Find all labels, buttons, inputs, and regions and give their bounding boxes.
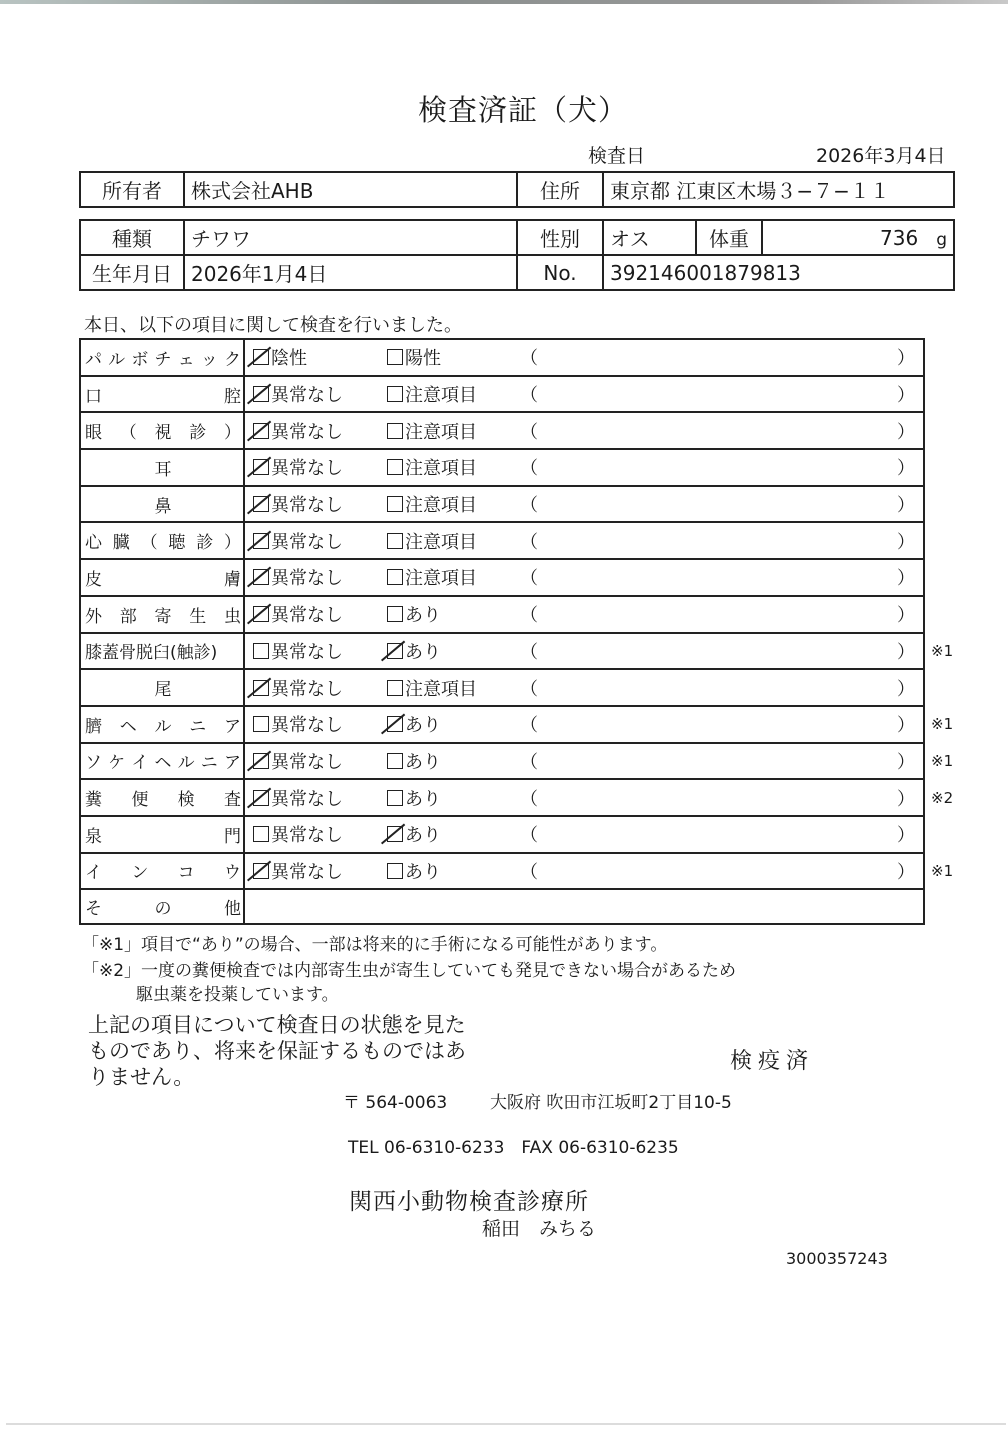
remarks-close-paren: ） <box>897 381 915 407</box>
label-char: ソ <box>85 748 102 773</box>
checklist-row: その他 <box>79 888 925 925</box>
option-label: あり <box>405 638 441 664</box>
checked-checkbox-icon[interactable] <box>253 349 269 365</box>
remarks-open-paren: （ <box>520 491 538 517</box>
label-char: イ <box>131 748 148 773</box>
checkbox-icon[interactable] <box>387 680 403 696</box>
label-char: 耳 <box>155 455 172 480</box>
option-label: 注意項目 <box>405 491 477 517</box>
option-label: あり <box>405 748 441 774</box>
footnote-1: 「※1」項目で“あり”の場合、一部は将来的に手術になる可能性があります。 <box>82 930 667 955</box>
option-label: 異常なし <box>271 528 343 554</box>
label-char: 臓 <box>113 528 130 553</box>
option-label: 異常なし <box>271 748 343 774</box>
remarks-close-paren: ） <box>897 601 915 627</box>
option-normal[interactable]: 異常なし <box>253 821 343 847</box>
option-label: あり <box>405 858 441 884</box>
remarks-open-paren: （ <box>520 638 538 664</box>
checked-checkbox-icon[interactable] <box>253 533 269 549</box>
checked-checkbox-icon[interactable] <box>253 863 269 879</box>
checkbox-icon[interactable] <box>253 643 269 659</box>
weight-cell: 736g <box>762 220 954 255</box>
option-abnormal[interactable]: あり <box>387 785 441 811</box>
checklist-item-label: 泉門 <box>79 817 245 852</box>
remarks-close-paren: ） <box>897 418 915 444</box>
label-char: 泉 <box>85 822 102 847</box>
checklist-row: パルボチェック陰性陽性（） <box>79 338 925 375</box>
breed-value: チワワ <box>184 220 517 255</box>
option-abnormal[interactable]: 注意項目 <box>387 491 477 517</box>
option-label: 異常なし <box>271 564 343 590</box>
label-char: 外 <box>85 602 102 627</box>
option-normal[interactable]: 異常なし <box>253 711 343 737</box>
option-abnormal[interactable]: 注意項目 <box>387 454 477 480</box>
option-label: 異常なし <box>271 821 343 847</box>
remarks-open-paren: （ <box>520 344 538 370</box>
checklist-options: 異常なし注意項目（） <box>245 560 925 595</box>
label-char: 診 <box>189 418 206 443</box>
remarks-close-paren: ） <box>897 638 915 664</box>
weight-unit: g <box>936 230 947 250</box>
checked-checkbox-icon[interactable] <box>253 790 269 806</box>
footnote-mark: ※1 <box>931 752 953 770</box>
checked-checkbox-icon[interactable] <box>387 643 403 659</box>
checklist-options: 異常なし注意項目（） <box>245 377 925 412</box>
remarks-close-paren: ） <box>897 491 915 517</box>
checklist-row: 尾異常なし注意項目（） <box>79 668 925 705</box>
remarks-close-paren: ） <box>897 821 915 847</box>
checklist-row: 心臓（聴診）異常なし注意項目（） <box>79 521 925 558</box>
label-char: ル <box>178 748 195 773</box>
label-char: 部 <box>120 602 137 627</box>
label-char: 口 <box>85 382 102 407</box>
checkbox-icon[interactable] <box>253 826 269 842</box>
checklist-row: インコウ異常なしあり（）※1 <box>79 852 925 889</box>
option-label: あり <box>405 821 441 847</box>
checklist-item-label: 外部寄生虫 <box>79 597 245 632</box>
remarks-close-paren: ） <box>897 711 915 737</box>
checklist-row: 糞便検査異常なしあり（）※2 <box>79 778 925 815</box>
label-char: 査 <box>224 785 241 810</box>
option-abnormal[interactable]: あり <box>387 711 441 737</box>
label-char: 検 <box>178 785 195 810</box>
checklist-item-label: 糞便検査 <box>79 780 245 815</box>
checklist-options <box>245 890 925 923</box>
label-char: ン <box>131 858 148 883</box>
label-char: ケ <box>108 748 125 773</box>
footnote-2: 「※2」一度の糞便検査では内部寄生虫が寄生していても発見できない場合があるため <box>82 956 736 981</box>
option-label: 異常なし <box>271 381 343 407</box>
label-char: 腔 <box>224 382 241 407</box>
clinic-address: 大阪府 吹田市江坂町2丁目10-5 <box>490 1088 732 1113</box>
inspection-checklist: パルボチェック陰性陽性（）口腔異常なし注意項目（）眼（視診）異常なし注意項目（）… <box>79 338 925 925</box>
checklist-item-label: 尾 <box>79 670 245 705</box>
checklist-item-label: 耳 <box>79 450 245 485</box>
checked-checkbox-icon[interactable] <box>253 753 269 769</box>
owner-value: 株式会社AHB <box>184 172 517 207</box>
checked-checkbox-icon[interactable] <box>387 716 403 732</box>
checklist-item-label: 膝蓋骨脱臼(触診) <box>79 634 245 669</box>
label-char: ェ <box>178 345 195 370</box>
footnote-mark: ※2 <box>931 789 953 807</box>
option-label: あり <box>405 601 441 627</box>
label-char: ル <box>155 712 172 737</box>
option-label: 異常なし <box>271 785 343 811</box>
checklist-item-label: 心臓（聴診） <box>79 523 245 558</box>
label-char: 寄 <box>155 602 172 627</box>
remarks-open-paren: （ <box>520 748 538 774</box>
remarks-open-paren: （ <box>520 785 538 811</box>
animal-table: 種類 チワワ 性別 オス 体重 736g 生年月日 2026年1月4日 No. … <box>79 219 955 291</box>
checklist-item-label: 鼻 <box>79 487 245 522</box>
option-abnormal[interactable]: 注意項目 <box>387 528 477 554</box>
option-label: 異常なし <box>271 675 343 701</box>
option-label: 異常なし <box>271 711 343 737</box>
option-abnormal[interactable]: あり <box>387 638 441 664</box>
option-normal[interactable]: 異常なし <box>253 491 343 517</box>
option-normal[interactable]: 陰性 <box>253 344 307 370</box>
checkbox-icon[interactable] <box>387 863 403 879</box>
checklist-item-label: ソケイヘルニア <box>79 744 245 779</box>
owner-table: 所有者 株式会社AHB 住所 東京都 江東区木場３−７−１１ <box>79 171 955 208</box>
label-char: 鼻 <box>155 492 172 517</box>
checkbox-icon[interactable] <box>387 496 403 512</box>
scan-edge-bottom <box>6 1423 1006 1425</box>
option-normal[interactable]: 異常なし <box>253 675 343 701</box>
remarks-open-paren: （ <box>520 564 538 590</box>
checklist-row: 臍ヘルニア異常なしあり（）※1 <box>79 705 925 742</box>
checkbox-icon[interactable] <box>387 423 403 439</box>
checklist-item-label: インコウ <box>79 854 245 889</box>
label-char: 膝蓋骨脱臼(触診) <box>85 638 217 663</box>
checked-checkbox-icon[interactable] <box>253 496 269 512</box>
label-char: 眼 <box>85 418 102 443</box>
checklist-row: 鼻異常なし注意項目（） <box>79 485 925 522</box>
checked-checkbox-icon[interactable] <box>253 423 269 439</box>
checkbox-icon[interactable] <box>387 606 403 622</box>
remarks-open-paren: （ <box>520 821 538 847</box>
intro-text: 本日、以下の項目に関して検査を行いました。 <box>84 311 462 337</box>
option-abnormal[interactable]: 注意項目 <box>387 381 477 407</box>
checklist-options: 異常なし注意項目（） <box>245 413 925 448</box>
option-label: 注意項目 <box>405 564 477 590</box>
label-char: 心 <box>85 528 102 553</box>
checklist-item-label: パルボチェック <box>79 340 245 375</box>
remarks-close-paren: ） <box>897 858 915 884</box>
label-char: イ <box>85 858 102 883</box>
remarks-close-paren: ） <box>897 748 915 774</box>
remarks-close-paren: ） <box>897 344 915 370</box>
checkbox-icon[interactable] <box>387 386 403 402</box>
label-char: ル <box>108 345 125 370</box>
checklist-options: 異常なし注意項目（） <box>245 487 925 522</box>
label-char: 便 <box>131 785 148 810</box>
footnote-mark: ※1 <box>931 642 953 660</box>
option-label: 異常なし <box>271 858 343 884</box>
label-char: 視 <box>155 418 172 443</box>
option-normal[interactable]: 異常なし <box>253 454 343 480</box>
label-char: ア <box>224 712 241 737</box>
address-label: 住所 <box>517 172 603 207</box>
serial-number: 3000357243 <box>786 1249 888 1268</box>
option-label: 注意項目 <box>405 675 477 701</box>
label-char: チ <box>154 345 171 370</box>
remarks-open-paren: （ <box>520 675 538 701</box>
option-label: 陰性 <box>271 344 307 370</box>
no-label: No. <box>517 255 603 290</box>
label-char: 門 <box>224 822 241 847</box>
label-char: ニ <box>189 712 206 737</box>
label-char: ） <box>224 528 241 553</box>
checklist-options: 異常なしあり（） <box>245 780 925 815</box>
option-label: あり <box>405 711 441 737</box>
option-abnormal[interactable]: 注意項目 <box>387 675 477 701</box>
checkbox-icon[interactable] <box>387 753 403 769</box>
inspection-date: 2026年3月4日 <box>816 141 946 168</box>
checklist-row: 口腔異常なし注意項目（） <box>79 375 925 412</box>
remarks-open-paren: （ <box>520 711 538 737</box>
option-label: 異常なし <box>271 601 343 627</box>
birth-value: 2026年1月4日 <box>184 255 517 290</box>
option-normal[interactable]: 異常なし <box>253 858 343 884</box>
label-char: 皮 <box>85 565 102 590</box>
label-char: ヘ <box>154 748 171 773</box>
option-label: 異常なし <box>271 454 343 480</box>
option-label: 陽性 <box>405 344 441 370</box>
option-abnormal[interactable]: 陽性 <box>387 344 441 370</box>
checklist-options: 異常なし注意項目（） <box>245 523 925 558</box>
option-normal[interactable]: 異常なし <box>253 748 343 774</box>
birth-label: 生年月日 <box>80 255 184 290</box>
remarks-close-paren: ） <box>897 675 915 701</box>
label-char: の <box>155 894 172 919</box>
breed-label: 種類 <box>80 220 184 255</box>
option-normal[interactable]: 異常なし <box>253 381 343 407</box>
checked-checkbox-icon[interactable] <box>253 569 269 585</box>
remarks-open-paren: （ <box>520 454 538 480</box>
option-abnormal[interactable]: あり <box>387 858 441 884</box>
remarks-close-paren: ） <box>897 528 915 554</box>
label-char: 尾 <box>155 675 172 700</box>
checklist-row: 眼（視診）異常なし注意項目（） <box>79 411 925 448</box>
disclaimer: 上記の項目について検査日の状態を見たものであり、将来を保証するものではありません… <box>88 1012 468 1090</box>
remarks-close-paren: ） <box>897 564 915 590</box>
label-char: 他 <box>224 894 241 919</box>
checkbox-icon[interactable] <box>387 790 403 806</box>
label-char: 聴 <box>168 528 185 553</box>
checklist-item-label: 口腔 <box>79 377 245 412</box>
option-normal[interactable]: 異常なし <box>253 785 343 811</box>
label-char: ボ <box>131 345 148 370</box>
clinic-tel-fax: TEL 06-6310-6233 FAX 06-6310-6235 <box>348 1133 679 1158</box>
option-normal[interactable]: 異常なし <box>253 564 343 590</box>
sex-value: オス <box>603 220 696 255</box>
checklist-item-label: その他 <box>79 890 245 923</box>
checklist-options: 異常なしあり（） <box>245 707 925 742</box>
checked-checkbox-icon[interactable] <box>387 826 403 842</box>
checkbox-icon[interactable] <box>387 533 403 549</box>
label-char: ク <box>224 345 241 370</box>
weight-value: 736 <box>880 226 918 250</box>
option-label: 異常なし <box>271 418 343 444</box>
footnote-2-continued: 駆虫薬を投薬しています。 <box>136 980 339 1005</box>
option-normal[interactable]: 異常なし <box>253 528 343 554</box>
address-value: 東京都 江東区木場３−７−１１ <box>603 172 954 207</box>
checkbox-icon[interactable] <box>387 459 403 475</box>
remarks-open-paren: （ <box>520 528 538 554</box>
checklist-options: 異常なし注意項目（） <box>245 670 925 705</box>
option-abnormal[interactable]: 注意項目 <box>387 418 477 444</box>
no-value: 392146001879813 <box>603 255 954 290</box>
scan-edge-top <box>0 0 1008 4</box>
owner-label: 所有者 <box>80 172 184 207</box>
label-char: 虫 <box>224 602 241 627</box>
label-char: 生 <box>189 602 206 627</box>
option-label: 注意項目 <box>405 381 477 407</box>
checklist-item-label: 臍ヘルニア <box>79 707 245 742</box>
label-char: （ <box>141 528 158 553</box>
clinic-name: 関西小動物検査診療所 <box>349 1183 589 1216</box>
label-char: パ <box>85 345 102 370</box>
label-char: そ <box>85 894 102 919</box>
checked-checkbox-icon[interactable] <box>253 386 269 402</box>
label-char: 膚 <box>224 565 241 590</box>
checklist-row: 外部寄生虫異常なしあり（） <box>79 595 925 632</box>
label-char: ヘ <box>120 712 137 737</box>
checklist-item-label: 眼（視診） <box>79 413 245 448</box>
label-char: ） <box>224 418 241 443</box>
footnote-mark: ※1 <box>931 715 953 733</box>
option-label: 注意項目 <box>405 418 477 444</box>
checklist-row: 泉門異常なしあり（） <box>79 815 925 852</box>
checklist-row: 膝蓋骨脱臼(触診)異常なしあり（）※1 <box>79 632 925 669</box>
checklist-options: 異常なしあり（） <box>245 634 925 669</box>
label-char: 診 <box>196 528 213 553</box>
checkbox-icon[interactable] <box>387 349 403 365</box>
weight-label: 体重 <box>696 220 762 255</box>
option-label: あり <box>405 785 441 811</box>
remarks-close-paren: ） <box>897 454 915 480</box>
checklist-options: 異常なし注意項目（） <box>245 450 925 485</box>
option-label: 異常なし <box>271 638 343 664</box>
checked-checkbox-icon[interactable] <box>253 459 269 475</box>
checklist-options: 異常なしあり（） <box>245 817 925 852</box>
option-normal[interactable]: 異常なし <box>253 418 343 444</box>
checklist-row: 皮膚異常なし注意項目（） <box>79 558 925 595</box>
checklist-options: 異常なしあり（） <box>245 597 925 632</box>
option-label: 注意項目 <box>405 454 477 480</box>
label-char: 臍 <box>85 712 102 737</box>
option-label: 注意項目 <box>405 528 477 554</box>
footnote-mark: ※1 <box>931 862 953 880</box>
checkbox-icon[interactable] <box>253 716 269 732</box>
remarks-open-paren: （ <box>520 858 538 884</box>
clinic-postal-code: 〒 564-0063 <box>343 1088 447 1113</box>
doctor-name: 稲田 みちる <box>482 1214 596 1241</box>
option-abnormal[interactable]: あり <box>387 748 441 774</box>
option-abnormal[interactable]: あり <box>387 601 441 627</box>
checked-checkbox-icon[interactable] <box>253 606 269 622</box>
checklist-item-label: 皮膚 <box>79 560 245 595</box>
option-normal[interactable]: 異常なし <box>253 601 343 627</box>
checklist-row: 耳異常なし注意項目（） <box>79 448 925 485</box>
remarks-open-paren: （ <box>520 418 538 444</box>
option-normal[interactable]: 異常なし <box>253 638 343 664</box>
option-abnormal[interactable]: あり <box>387 821 441 847</box>
label-char: 糞 <box>85 785 102 810</box>
option-label: 異常なし <box>271 491 343 517</box>
checklist-row: ソケイヘルニア異常なしあり（）※1 <box>79 742 925 779</box>
checklist-options: 異常なしあり（） <box>245 854 925 889</box>
option-abnormal[interactable]: 注意項目 <box>387 564 477 590</box>
label-char: ニ <box>201 748 218 773</box>
remarks-close-paren: ） <box>897 785 915 811</box>
checked-checkbox-icon[interactable] <box>253 680 269 696</box>
checklist-options: 陰性陽性（） <box>245 340 925 375</box>
checklist-options: 異常なしあり（） <box>245 744 925 779</box>
label-char: ッ <box>201 345 218 370</box>
inspection-date-label: 検査日 <box>588 141 645 168</box>
label-char: ア <box>224 748 241 773</box>
document-title: 検査済証（犬） <box>418 88 628 129</box>
checkbox-icon[interactable] <box>387 569 403 585</box>
label-char: ウ <box>224 858 241 883</box>
label-char: （ <box>120 418 137 443</box>
quarantine-stamp: 検疫済 <box>730 1044 814 1075</box>
label-char: コ <box>178 858 195 883</box>
sex-label: 性別 <box>517 220 603 255</box>
remarks-open-paren: （ <box>520 601 538 627</box>
remarks-open-paren: （ <box>520 381 538 407</box>
